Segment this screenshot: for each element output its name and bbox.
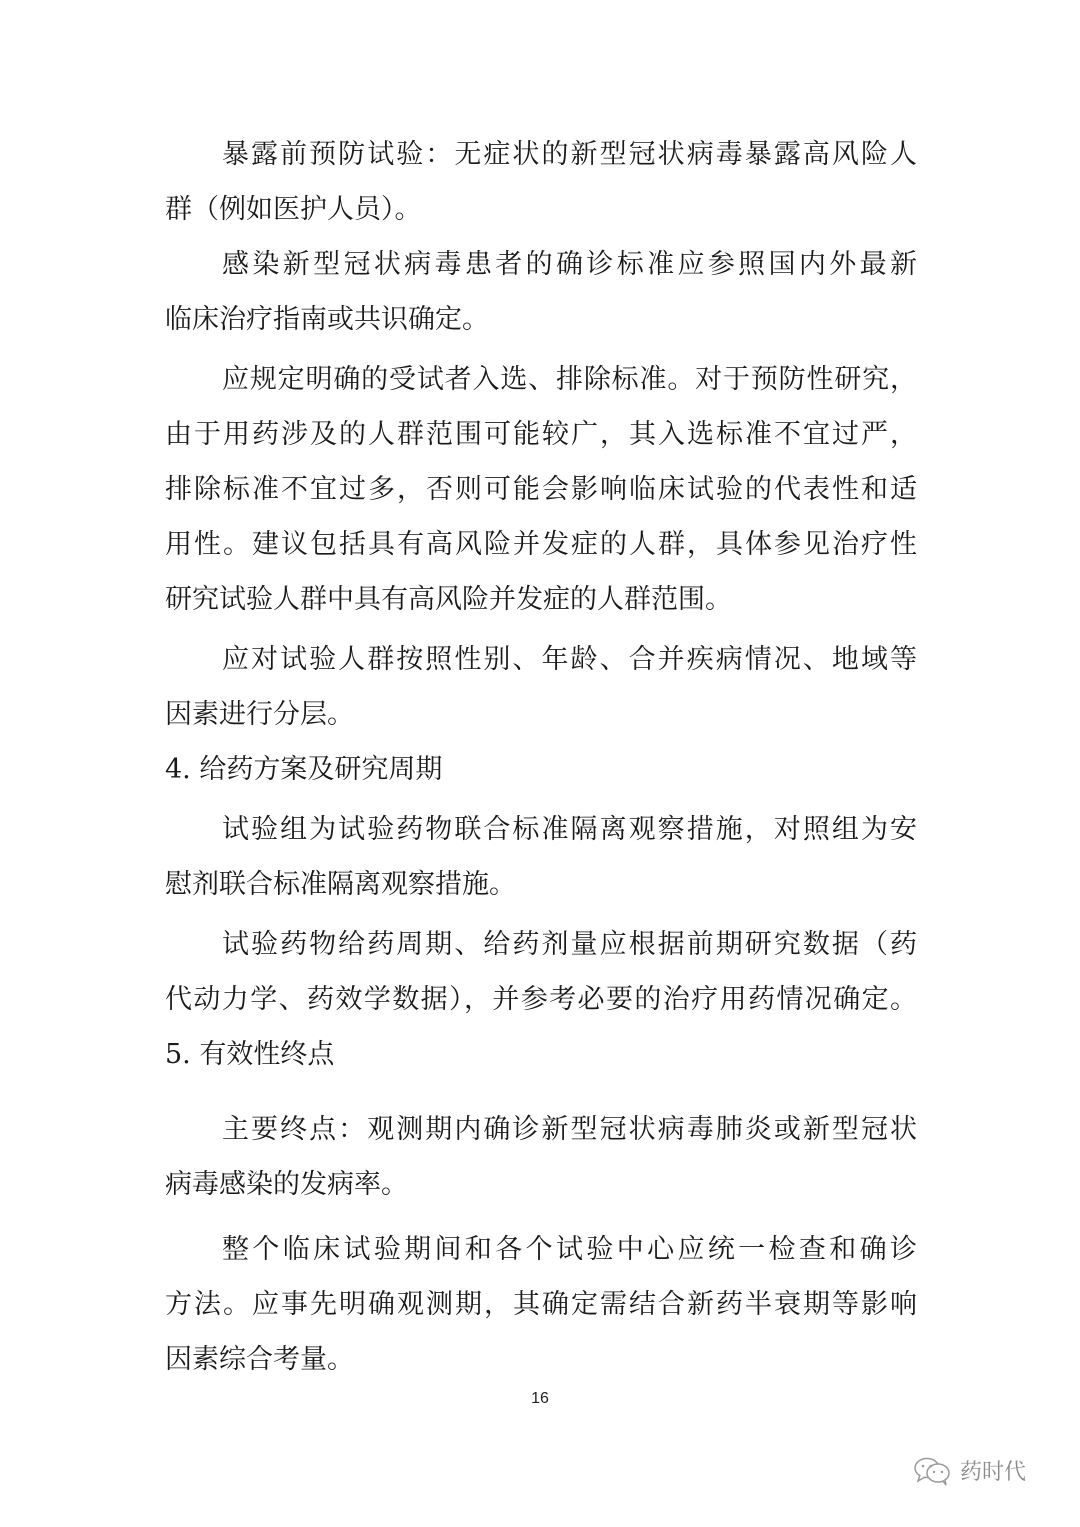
text-line: 5. 有效性终点	[165, 1038, 917, 1072]
text-line: 试验药物给药周期、给药剂量应根据前期研究数据（药	[222, 928, 917, 962]
text-line: 感染新型冠状病毒患者的确诊标准应参照国内外最新	[222, 248, 917, 282]
text-line: 由于用药涉及的人群范围可能较广，其入选标准不宜过严，	[165, 418, 917, 452]
text-line: 应规定明确的受试者入选、排除标准。对于预防性研究，	[222, 363, 917, 397]
text-line: 暴露前预防试验：无症状的新型冠状病毒暴露高风险人	[222, 138, 917, 172]
page-number: 16	[0, 1390, 1080, 1408]
text-line: 研究试验人群中具有高风险并发症的人群范围。	[165, 583, 917, 617]
text-line: 方法。应事先明确观测期，其确定需结合新药半衰期等影响	[165, 1288, 917, 1322]
text-line: 临床治疗指南或共识确定。	[165, 303, 917, 337]
text-line: 整个临床试验期间和各个试验中心应统一检查和确诊	[222, 1233, 917, 1267]
text-line: 因素综合考量。	[165, 1343, 917, 1377]
wechat-icon	[912, 1456, 954, 1486]
watermark-label: 药时代	[960, 1455, 1026, 1486]
text-line: 群（例如医护人员）。	[165, 193, 917, 227]
text-line: 因素进行分层。	[165, 698, 917, 732]
text-line: 4. 给药方案及研究周期	[165, 753, 917, 787]
text-line: 主要终点：观测期内确诊新型冠状病毒肺炎或新型冠状	[222, 1113, 917, 1147]
text-line: 试验组为试验药物联合标准隔离观察措施，对照组为安	[222, 813, 917, 847]
watermark: 药时代	[912, 1455, 1026, 1486]
text-line: 用性。建议包括具有高风险并发症的人群，具体参见治疗性	[165, 528, 917, 562]
text-line: 病毒感染的发病率。	[165, 1168, 917, 1202]
text-line: 排除标准不宜过多，否则可能会影响临床试验的代表性和适	[165, 473, 917, 507]
document-page: 暴露前预防试验：无症状的新型冠状病毒暴露高风险人群（例如医护人员）。感染新型冠状…	[0, 0, 1080, 1527]
text-line: 应对试验人群按照性别、年龄、合并疾病情况、地域等	[222, 643, 917, 677]
text-line: 慰剂联合标准隔离观察措施。	[165, 868, 917, 902]
text-line: 代动力学、药效学数据），并参考必要的治疗用药情况确定。	[165, 983, 917, 1017]
